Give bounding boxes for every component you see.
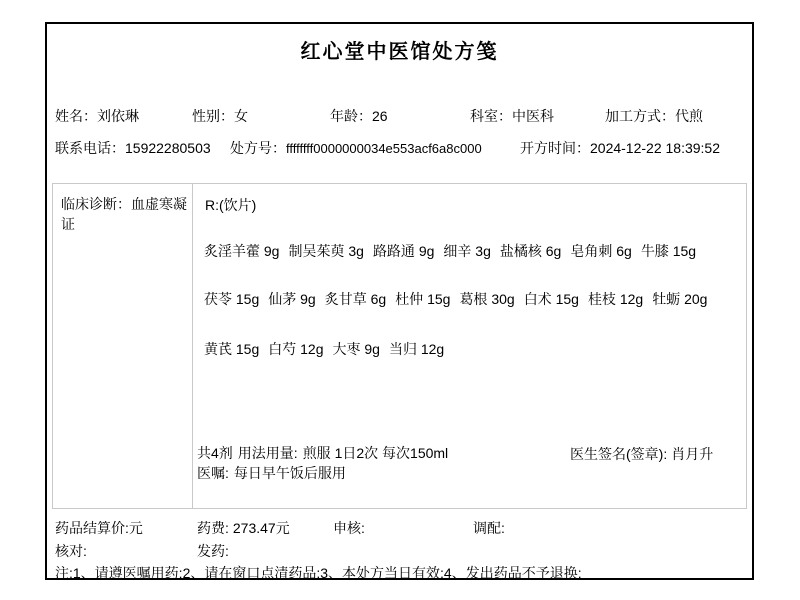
diagnosis-label: 临床诊断： <box>61 196 131 212</box>
herb-line-3: 黄芪 15g白芍 12g大枣 9g当归 12g <box>204 340 453 358</box>
phone-field: 联系电话：15922280503 <box>55 138 211 158</box>
prescription-number-value: ffffffff0000000034e553acf6a8c000 <box>286 141 482 156</box>
herb-item: 白术 15g <box>524 291 579 307</box>
herb-item: 盐橘核 6g <box>500 243 561 259</box>
doctor-signature-name: 肖月升 <box>671 446 713 462</box>
herb-item: 炙淫羊藿 9g <box>204 243 279 259</box>
dispense-label: 发药: <box>197 543 229 559</box>
usage-block: 共4剂用法用量:煎服 1日2次 每次150ml 医嘱:每日早午饭后服用 <box>197 443 448 483</box>
department-field: 科室：中医科 <box>470 106 554 126</box>
review-field: 申核: <box>333 518 369 538</box>
prescription-number-label: 处方号： <box>230 140 286 156</box>
herb-item: 黄芪 15g <box>204 341 259 357</box>
herb-item: 细辛 3g <box>443 243 490 259</box>
patient-gender-label: 性别： <box>192 108 234 124</box>
patient-gender-value: 女 <box>234 108 248 124</box>
medicine-fee-field: 药费:273.47元 <box>197 518 290 538</box>
prescription-form: 红心堂中医馆处方笺 姓名：刘依琳 性别：女 年龄：26 科室：中医科 加工方式：… <box>45 22 754 580</box>
prescription-number-field: 处方号：ffffffff0000000034e553acf6a8c000 <box>230 138 482 158</box>
diagnosis-column: 临床诊断：血虚寒凝证 <box>53 184 193 508</box>
rx-header: R:(饮片) <box>205 195 256 215</box>
phone-value: 15922280503 <box>125 140 211 156</box>
herb-item: 制吴茱萸 3g <box>288 243 363 259</box>
herb-item: 牡蛎 20g <box>652 291 707 307</box>
medicine-fee-value: 273.47元 <box>233 520 290 536</box>
herb-line-1: 炙淫羊藿 9g制吴茱萸 3g路路通 9g细辛 3g盐橘核 6g皂角刺 6g牛膝 … <box>204 242 705 260</box>
check-label: 核对: <box>55 543 87 559</box>
prescription-table: 临床诊断：血虚寒凝证 R:(饮片) 炙淫羊藿 9g制吴茱萸 3g路路通 9g细辛… <box>52 183 747 509</box>
prescription-time-label: 开方时间： <box>520 140 590 156</box>
review-label: 申核: <box>333 520 365 536</box>
herb-line-2: 茯苓 15g仙茅 9g炙甘草 6g杜仲 15g葛根 30g白术 15g桂枝 12… <box>204 290 716 308</box>
prescription-time-field: 开方时间：2024-12-22 18:39:52 <box>520 138 720 158</box>
herb-item: 炙甘草 6g <box>325 291 386 307</box>
footer-note: 注:1、请遵医嘱用药;2、请在窗口点清药品;3、本处方当日有效;4、发出药品不予… <box>55 563 582 583</box>
dose-count: 共4剂 <box>197 445 233 461</box>
herb-item: 路路通 9g <box>373 243 434 259</box>
dispense-prepare-field: 调配: <box>473 518 509 538</box>
processing-method-field: 加工方式：代煎 <box>605 106 703 126</box>
herb-item: 皂角刺 6g <box>570 243 631 259</box>
herb-item: 桂枝 12g <box>588 291 643 307</box>
usage-line: 共4剂用法用量:煎服 1日2次 每次150ml <box>197 443 448 463</box>
phone-label: 联系电话： <box>55 140 125 156</box>
advice-line: 医嘱:每日早午饭后服用 <box>197 463 448 483</box>
herb-item: 当归 12g <box>389 341 444 357</box>
herb-item: 仙茅 9g <box>268 291 315 307</box>
dispense-prepare-label: 调配: <box>473 520 505 536</box>
patient-age-label: 年龄： <box>330 108 372 124</box>
processing-method-label: 加工方式： <box>605 108 675 124</box>
processing-method-value: 代煎 <box>675 108 703 124</box>
department-value: 中医科 <box>512 108 554 124</box>
herb-item: 茯苓 15g <box>204 291 259 307</box>
patient-name-field: 姓名：刘依琳 <box>55 106 139 126</box>
advice-label: 医嘱: <box>197 465 229 481</box>
patient-name-label: 姓名： <box>55 108 97 124</box>
settlement-price-value: 元 <box>129 520 143 536</box>
herb-item: 白芍 12g <box>268 341 323 357</box>
settlement-price-field: 药品结算价:元 <box>55 518 143 538</box>
usage-value: 煎服 1日2次 每次150ml <box>303 445 448 461</box>
settlement-price-label: 药品结算价: <box>55 520 129 536</box>
department-label: 科室： <box>470 108 512 124</box>
patient-gender-field: 性别：女 <box>192 106 248 126</box>
patient-age-field: 年龄：26 <box>330 106 388 126</box>
herb-item: 牛膝 15g <box>641 243 696 259</box>
herb-item: 大枣 9g <box>333 341 380 357</box>
medicine-fee-label: 药费: <box>197 520 229 536</box>
doctor-signature-block: 医生签名(签章):肖月升 <box>570 444 740 465</box>
patient-name-value: 刘依琳 <box>97 108 139 124</box>
patient-age-value: 26 <box>372 108 388 124</box>
advice-value: 每日早午饭后服用 <box>234 465 346 481</box>
page-title: 红心堂中医馆处方笺 <box>47 35 752 64</box>
doctor-signature-label: 医生签名(签章): <box>570 446 667 462</box>
dispense-field: 发药: <box>197 541 233 561</box>
herb-item: 杜仲 15g <box>395 291 450 307</box>
prescription-time-value: 2024-12-22 18:39:52 <box>590 140 720 156</box>
herb-item: 葛根 30g <box>459 291 514 307</box>
usage-label: 用法用量: <box>238 445 298 461</box>
check-field: 核对: <box>55 541 91 561</box>
